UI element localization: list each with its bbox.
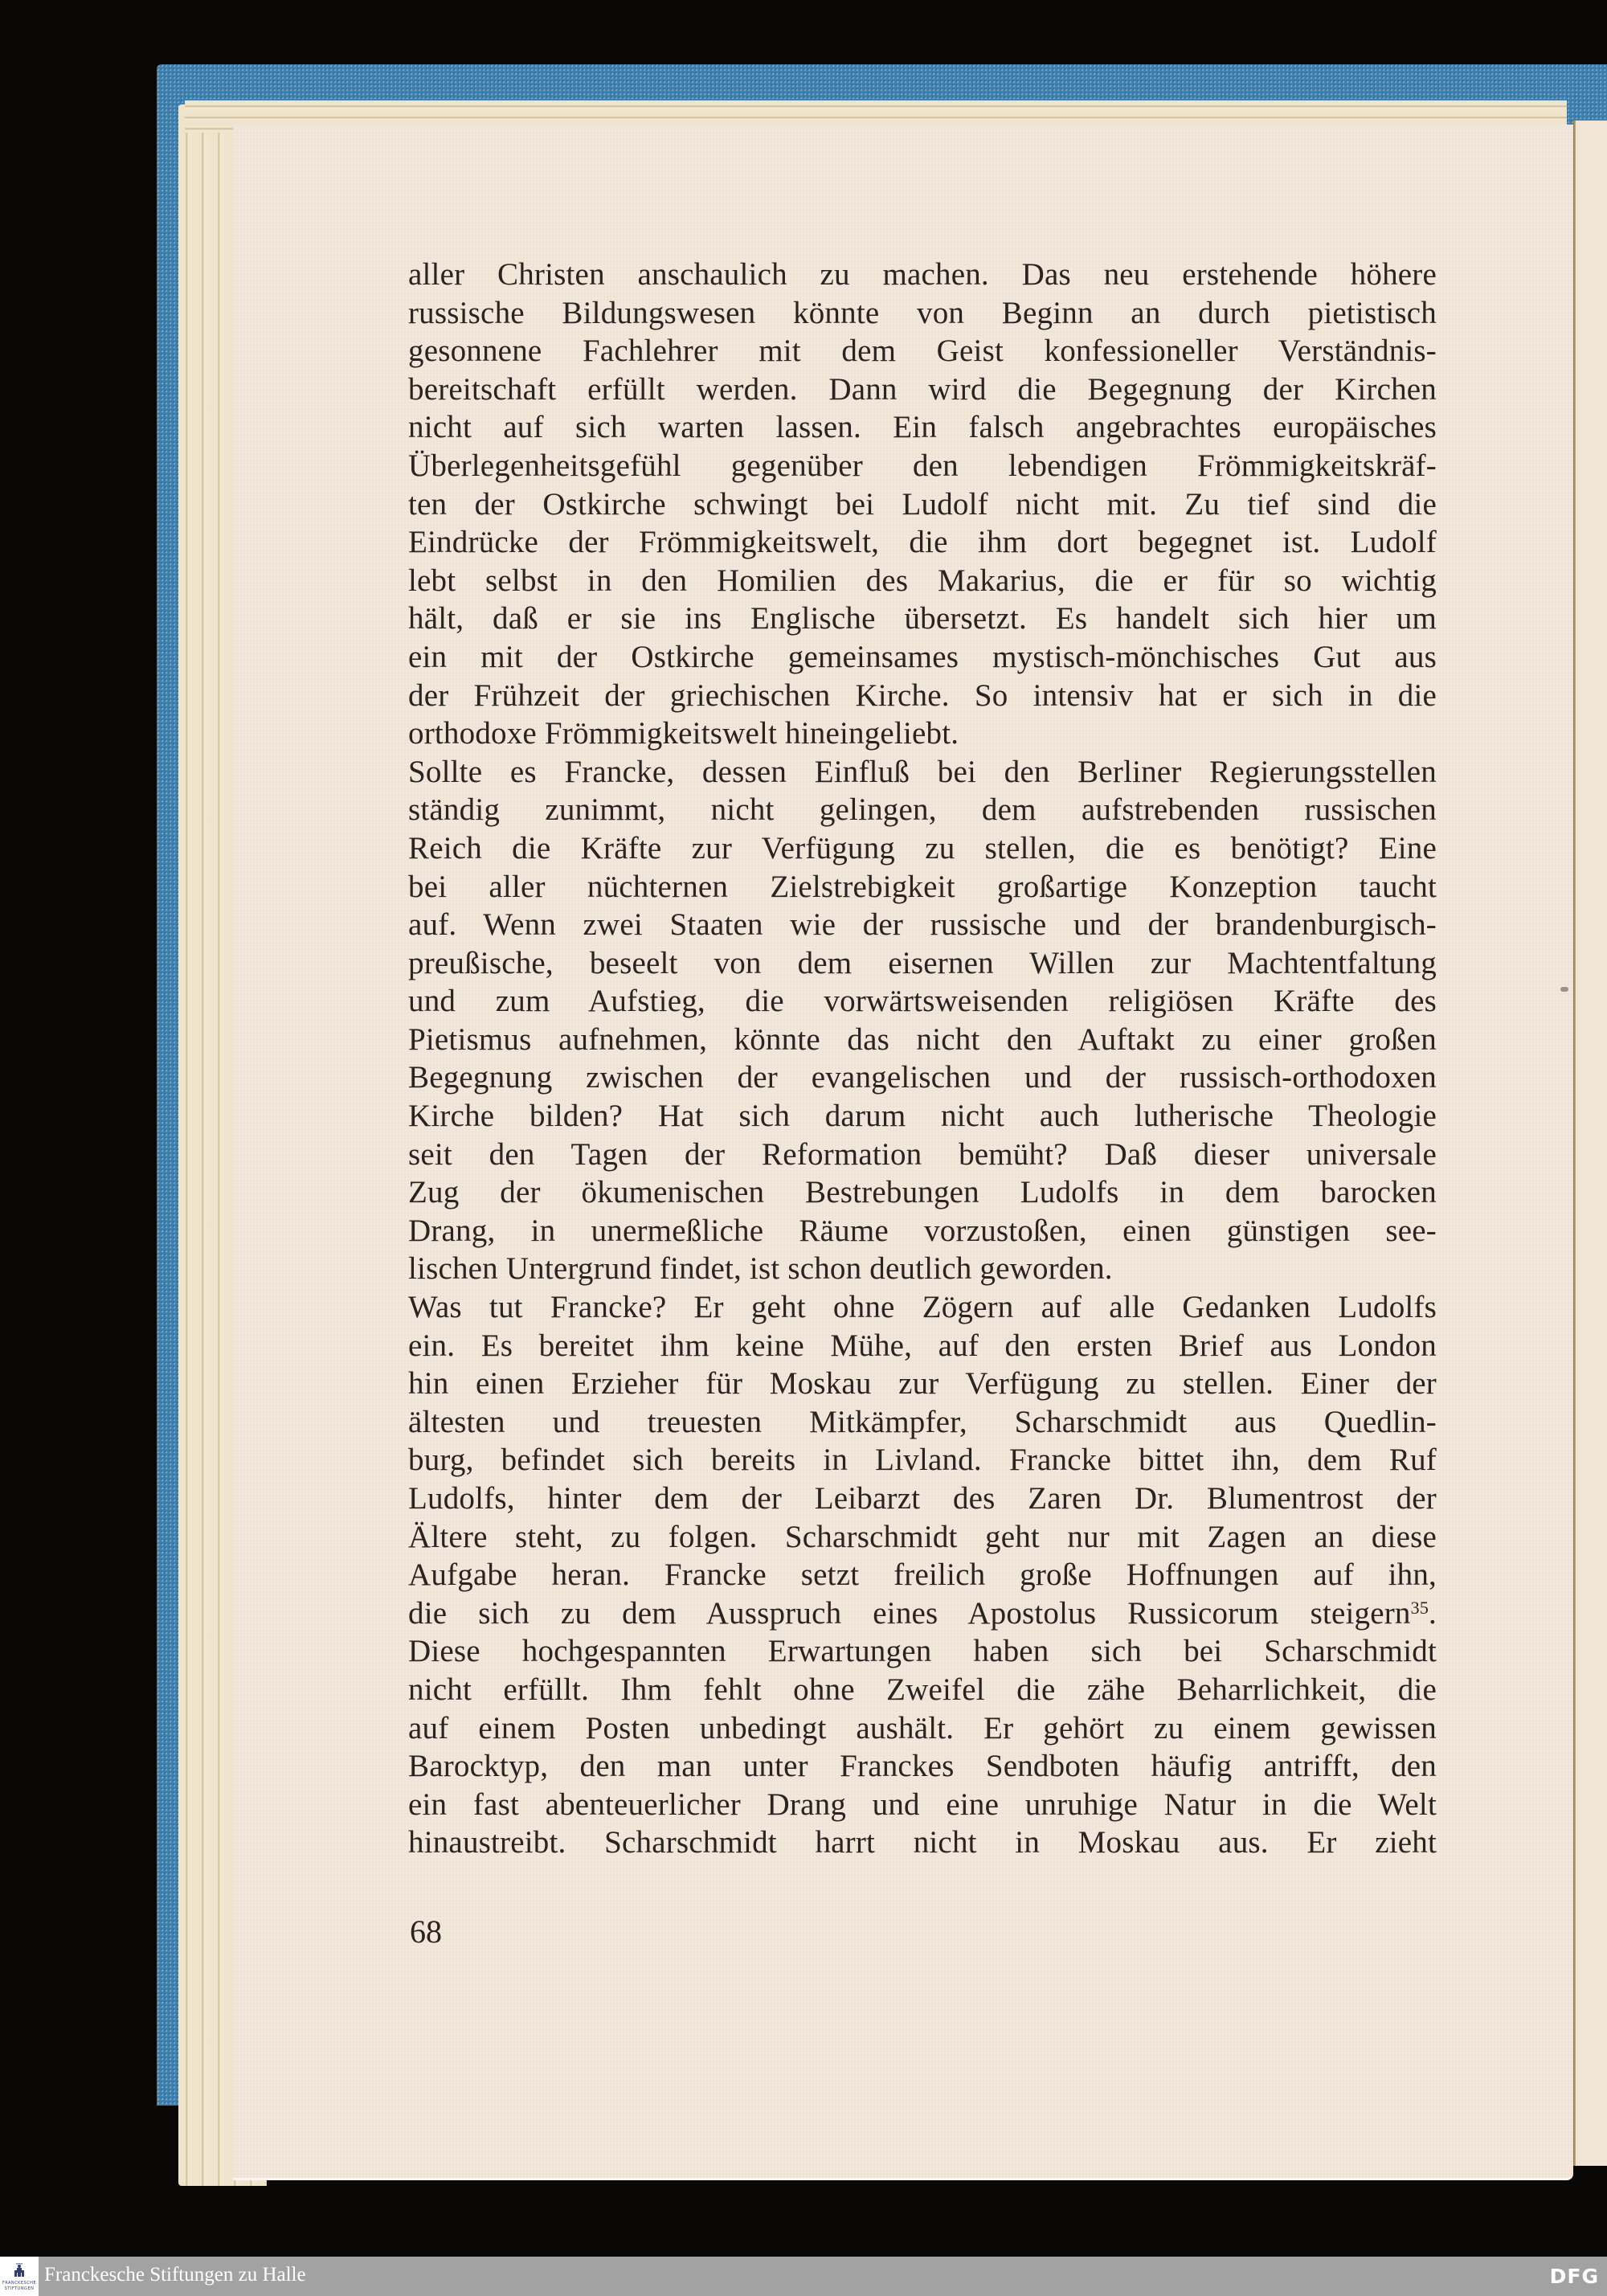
text-line: nicht erfüllt. Ihm fehlt ohne Zweifel di…: [408, 1671, 1437, 1709]
footer-bar: FRANCKESCHE STIFTUNGEN Franckesche Stift…: [0, 2257, 1607, 2296]
text-line: seit den Tagen der Reformation bemüht? D…: [408, 1136, 1437, 1174]
dfg-logo[interactable]: DFG: [1550, 2265, 1599, 2288]
text-line: lebt selbst in den Homilien des Makarius…: [408, 562, 1437, 600]
text-line: Aufgabe heran. Francke setzt freilich gr…: [408, 1556, 1437, 1594]
text-line: ein. Es bereitet ihm keine Mühe, auf den…: [408, 1327, 1437, 1365]
text-line: Pietismus aufnehmen, könnte das nicht de…: [408, 1021, 1437, 1059]
footnote-trailing-period: .: [1429, 1596, 1437, 1631]
text-line: hinaustreibt. Scharschmidt harrt nicht i…: [408, 1823, 1437, 1862]
text-line-content: die sich zu dem Ausspruch eines Apostolu…: [408, 1596, 1411, 1631]
text-line: Reich die Kräfte zur Verfügung zu stelle…: [408, 829, 1437, 868]
margin-smudge: [1560, 987, 1568, 992]
text-line: bei aller nüchternen Zielstrebigkeit gro…: [408, 868, 1437, 907]
text-line: russische Bildungswesen könnte von Begin…: [408, 294, 1437, 333]
text-line: burg, befindet sich bereits in Livland. …: [408, 1441, 1437, 1480]
text-line: orthodoxe Frömmigkeitswelt hineingeliebt…: [408, 714, 1437, 753]
text-line: Überlegenheitsgefühl gegenüber den leben…: [408, 447, 1437, 485]
text-line: gesonnene Fachlehrer mit dem Geist konfe…: [408, 332, 1437, 370]
text-line: Drang, in unermeßliche Räume vorzustoßen…: [408, 1212, 1437, 1250]
logo-caption-line2: STIFTUNGEN: [0, 2286, 39, 2291]
text-line: ein mit der Ostkirche gemeinsames mystis…: [408, 638, 1437, 677]
logo-caption-line1: FRANCKESCHE: [0, 2281, 39, 2286]
text-line: ständig zunimmt, nicht gelingen, dem auf…: [408, 791, 1437, 829]
facing-page-edge: [1576, 121, 1607, 2166]
text-line: Diese hochgespannten Erwartungen haben s…: [408, 1632, 1437, 1671]
text-line: der Frühzeit der griechischen Kirche. So…: [408, 677, 1437, 715]
text-line: aller Christen anschaulich zu machen. Da…: [408, 256, 1437, 294]
footnote-reference: 35: [1411, 1598, 1429, 1618]
text-line: Zug der ökumenischen Bestrebungen Ludolf…: [408, 1173, 1437, 1212]
text-line: preußische, beseelt von dem eisernen Wil…: [408, 944, 1437, 983]
text-line: auf einem Posten unbedingt aushält. Er g…: [408, 1709, 1437, 1748]
text-line: ten der Ostkirche schwingt bei Ludolf ni…: [408, 485, 1437, 524]
text-line: Ludolfs, hinter dem der Leibarzt des Zar…: [408, 1480, 1437, 1518]
body-text: aller Christen anschaulich zu machen. Da…: [408, 256, 1437, 1862]
institution-logo[interactable]: FRANCKESCHE STIFTUNGEN: [0, 2257, 39, 2296]
text-line-with-footnote: die sich zu dem Ausspruch eines Apostolu…: [408, 1594, 1437, 1633]
text-line: bereitschaft erfüllt werden. Dann wird d…: [408, 370, 1437, 409]
text-line: ältesten und treuesten Mitkämpfer, Schar…: [408, 1403, 1437, 1442]
institution-name[interactable]: Franckesche Stiftungen zu Halle: [44, 2264, 306, 2286]
text-line: und zum Aufstieg, die vorwärtsweisenden …: [408, 982, 1437, 1021]
text-line: auf. Wenn zwei Staaten wie der russische…: [408, 906, 1437, 944]
text-line: Was tut Francke? Er geht ohne Zögern auf…: [408, 1288, 1437, 1327]
text-line: Eindrücke der Frömmigkeitswelt, die ihm …: [408, 523, 1437, 562]
text-line: Barocktyp, den man unter Franckes Sendbo…: [408, 1747, 1437, 1786]
text-line: Sollte es Francke, dessen Einfluß bei de…: [408, 753, 1437, 792]
text-line: Begegnung zwischen der evangelischen und…: [408, 1058, 1437, 1097]
text-line: Ältere steht, zu folgen. Scharschmidt ge…: [408, 1518, 1437, 1557]
gutter: [1573, 121, 1576, 2166]
text-line: hin einen Erzieher für Moskau zur Verfüg…: [408, 1365, 1437, 1403]
text-line: Kirche bilden? Hat sich darum nicht auch…: [408, 1097, 1437, 1136]
page-number: 68: [410, 1913, 442, 1950]
text-line: lischen Untergrund findet, ist schon deu…: [408, 1250, 1437, 1288]
text-line: nicht auf sich warten lassen. Ein falsch…: [408, 408, 1437, 447]
text-line: ein fast abenteuerlicher Drang und eine …: [408, 1786, 1437, 1824]
francke-figure-icon: [14, 2263, 25, 2278]
text-line: hält, daß er sie ins Englische übersetzt…: [408, 600, 1437, 638]
